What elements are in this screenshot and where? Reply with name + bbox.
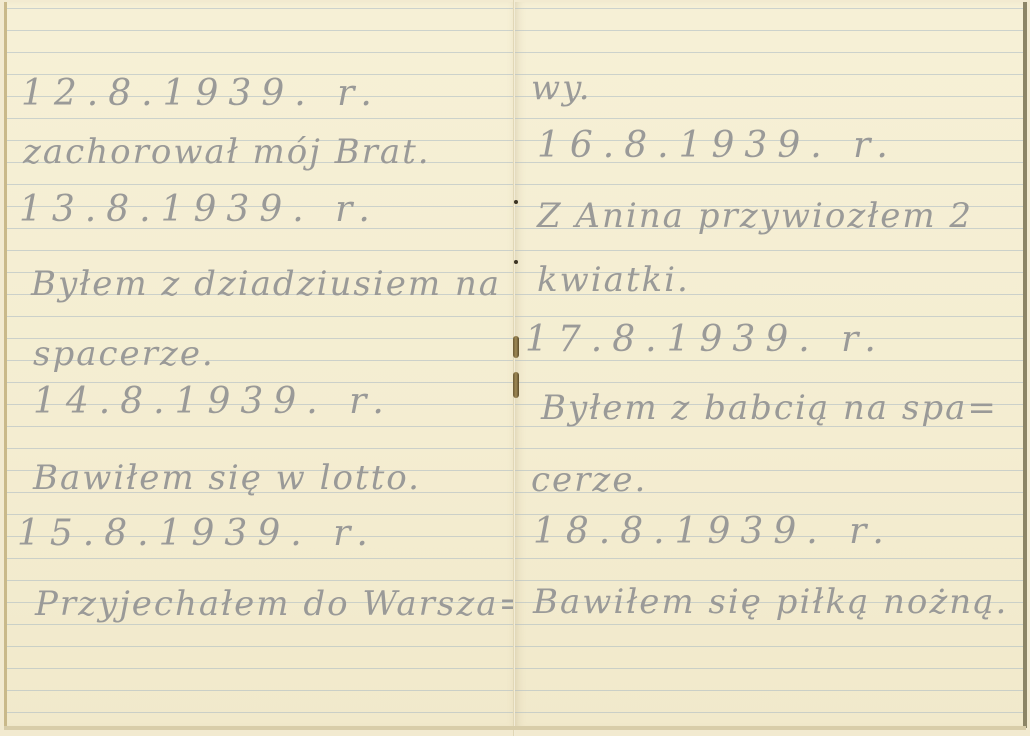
- entry-text: zachorował mój Brat.: [23, 132, 431, 172]
- entry-text: Byłem z babcią na spa=: [541, 388, 998, 428]
- entry-text: Przyjechałem do Warsza=: [35, 584, 518, 624]
- staple-hole: [514, 260, 518, 264]
- entry-text: spacerze.: [33, 334, 215, 374]
- staple-icon: [513, 372, 519, 398]
- entry-date: 14.8.1939. r.: [33, 382, 394, 422]
- entry-date: 12.8.1939. r.: [21, 74, 382, 114]
- staple-hole: [514, 200, 518, 204]
- entry-date: 16.8.1939. r.: [537, 126, 898, 166]
- entry-date: 17.8.1939. r.: [525, 320, 886, 360]
- left-page: 12.8.1939. r. zachorował mój Brat. 13.8.…: [4, 2, 518, 728]
- staple-icon: [513, 336, 519, 358]
- page-bottom-edge: [4, 726, 1026, 730]
- notebook-spread: 12.8.1939. r. zachorował mój Brat. 13.8.…: [0, 0, 1030, 736]
- entry-date: 18.8.1939. r.: [533, 512, 894, 552]
- entry-text: Byłem z dziadziusiem na: [31, 264, 501, 304]
- entry-text: Bawiłem się piłką nożną.: [533, 582, 1008, 622]
- right-page: wy. 16.8.1939. r. Z Anina przywiozłem 2 …: [515, 2, 1027, 728]
- entry-date: 15.8.1939. r.: [17, 514, 378, 554]
- entry-text: kwiatki.: [537, 260, 690, 300]
- entry-text: wy.: [531, 68, 592, 108]
- notebook-spine: [513, 0, 515, 736]
- entry-text: Bawiłem się w lotto.: [33, 458, 421, 498]
- entry-date: 13.8.1939. r.: [19, 190, 380, 230]
- entry-text: cerze.: [531, 460, 647, 500]
- entry-text: Z Anina przywiozłem 2: [537, 196, 973, 236]
